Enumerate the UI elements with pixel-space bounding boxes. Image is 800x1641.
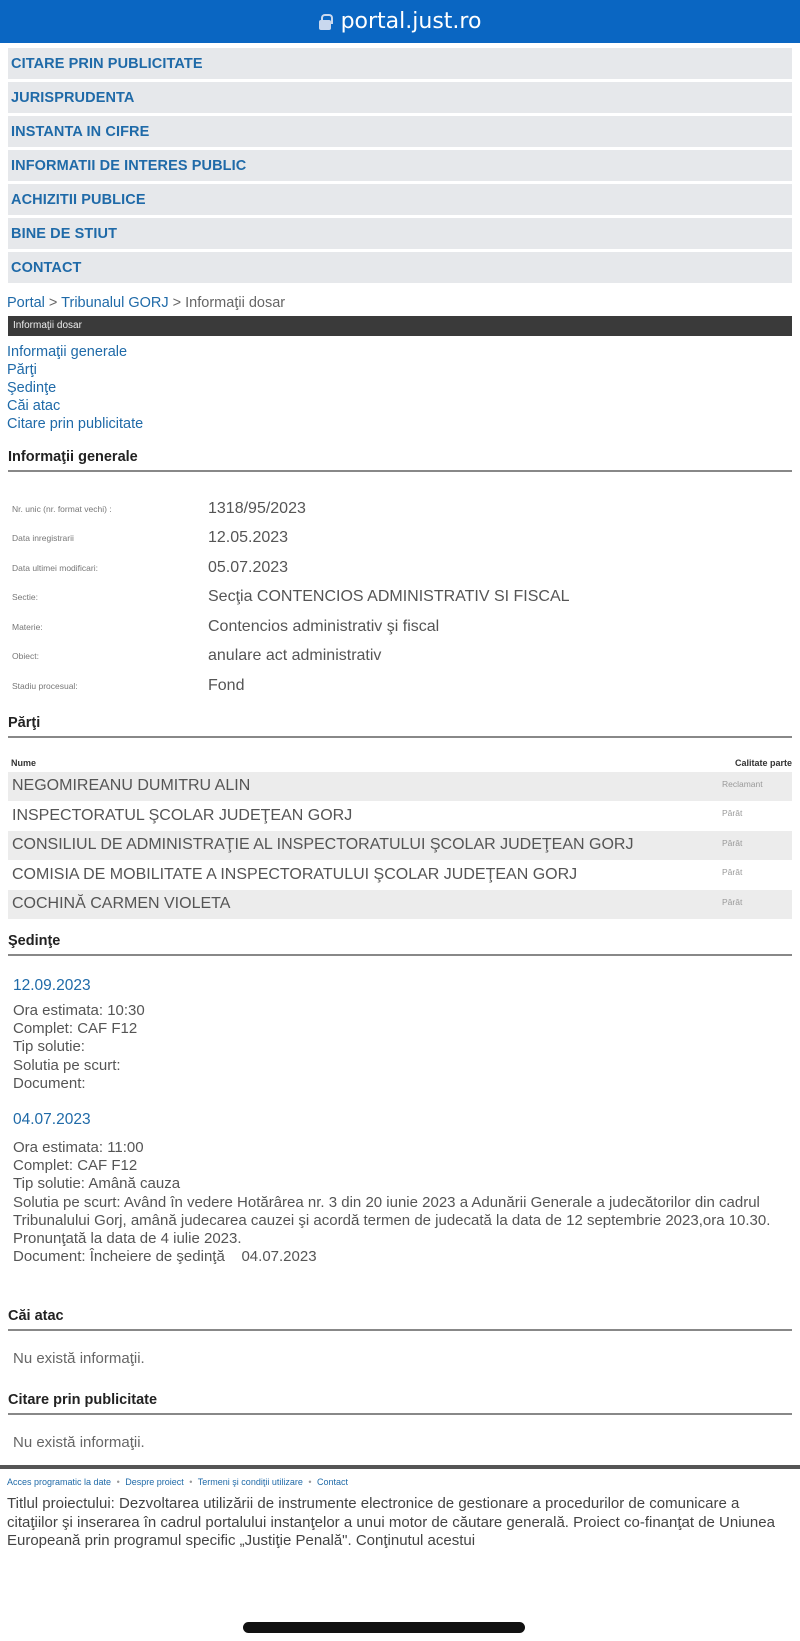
info-value: Fond — [208, 677, 244, 695]
party-name: NEGOMIREANU DUMITRU ALIN — [8, 777, 250, 795]
hearing-complet: Complet: CAF F12 — [13, 1157, 787, 1175]
column-header-nume: Nume — [8, 758, 36, 768]
info-value: anulare act administrativ — [208, 647, 381, 665]
info-value: 05.07.2023 — [208, 559, 288, 577]
nav-item-informatii-interes-public[interactable]: INFORMATII DE INTERES PUBLIC — [8, 150, 792, 181]
breadcrumb-separator: > — [173, 295, 181, 311]
footer-link-acces-programatic[interactable]: Acces programatic la date — [7, 1477, 111, 1487]
lock-icon — [319, 14, 331, 30]
anchor-sedinte[interactable]: Şedinţe — [7, 379, 793, 397]
section-anchor-links: Informaţii generale Părţi Şedinţe Căi at… — [0, 336, 800, 433]
general-info-table: Nr. unic (nr. format vechi) : 1318/95/20… — [0, 472, 800, 701]
footer-link-contact[interactable]: Contact — [317, 1477, 348, 1487]
party-name: CONSILIUL DE ADMINISTRAŢIE AL INSPECTORA… — [8, 836, 633, 854]
table-row: COMISIA DE MOBILITATE A INSPECTORATULUI … — [8, 860, 792, 890]
footer-project-text: Titlul proiectului: Dezvoltarea utilizăr… — [0, 1491, 800, 1551]
info-label: Sectie: — [0, 592, 208, 602]
party-role: Pârât — [722, 808, 792, 818]
panel-header: Informaţii dosar — [8, 316, 792, 336]
party-name: COMISIA DE MOBILITATE A INSPECTORATULUI … — [8, 866, 577, 884]
footer-separator: • — [189, 1477, 192, 1487]
anchor-cai-atac[interactable]: Căi atac — [7, 397, 793, 415]
footer-links: Acces programatic la date • Despre proie… — [0, 1469, 800, 1491]
info-row: Materie: Contencios administrativ şi fis… — [0, 612, 800, 642]
party-role: Pârât — [722, 897, 792, 907]
info-label: Stadiu procesual: — [0, 681, 208, 691]
hearing-date: 12.09.2023 — [13, 956, 787, 1002]
hearing-item: 12.09.2023 Ora estimata: 10:30 Complet: … — [13, 956, 787, 1093]
info-value: Secţia CONTENCIOS ADMINISTRATIV SI FISCA… — [208, 588, 570, 606]
nav-item-contact[interactable]: CONTACT — [8, 252, 792, 283]
table-row: NEGOMIREANU DUMITRU ALIN Reclamant — [8, 772, 792, 802]
breadcrumb: Portal > Tribunalul GORJ > Informaţii do… — [0, 286, 800, 314]
nav-item-achizitii-publice[interactable]: ACHIZITII PUBLICE — [8, 184, 792, 215]
main-nav-menu: CITARE PRIN PUBLICITATE JURISPRUDENTA IN… — [0, 43, 800, 283]
hearing-solutie: Solutia pe scurt: Având în vedere Hotărâ… — [13, 1194, 787, 1249]
breadcrumb-current: Informaţii dosar — [185, 295, 285, 311]
info-row: Data inregistrarii 12.05.2023 — [0, 524, 800, 554]
anchor-parti[interactable]: Părţi — [7, 361, 793, 379]
info-label: Data inregistrarii — [0, 533, 208, 543]
table-row: INSPECTORATUL ŞCOLAR JUDEŢEAN GORJ Pârât — [8, 801, 792, 831]
info-label: Data ultimei modificari: — [0, 563, 208, 573]
table-row: CONSILIUL DE ADMINISTRAŢIE AL INSPECTORA… — [8, 831, 792, 861]
hearing-item: 04.07.2023 Ora estimata: 11:00 Complet: … — [13, 1093, 787, 1266]
info-label: Materie: — [0, 622, 208, 632]
anchor-informatii-generale[interactable]: Informaţii generale — [7, 343, 793, 361]
footer-link-termeni[interactable]: Termeni şi condiţii utilizare — [198, 1477, 303, 1487]
section-title-parti: Părţi — [8, 715, 792, 738]
party-role: Reclamant — [722, 779, 792, 789]
footer-link-despre-proiect[interactable]: Despre proiect — [125, 1477, 184, 1487]
party-role: Pârât — [722, 867, 792, 877]
sedinte-list: 12.09.2023 Ora estimata: 10:30 Complet: … — [0, 956, 800, 1266]
table-row: COCHINĂ CARMEN VIOLETA Pârât — [8, 890, 792, 920]
breadcrumb-portal[interactable]: Portal — [7, 295, 45, 311]
info-value: Contencios administrativ şi fiscal — [208, 618, 439, 636]
cai-atac-empty: Nu există informaţii. — [0, 1350, 800, 1367]
browser-url-bar[interactable]: portal.just.ro — [0, 0, 800, 43]
party-name: INSPECTORATUL ŞCOLAR JUDEŢEAN GORJ — [8, 807, 352, 825]
hearing-solutie: Solutia pe scurt: — [13, 1057, 787, 1075]
info-row: Sectie: Secţia CONTENCIOS ADMINISTRATIV … — [0, 583, 800, 613]
section-title-cai-atac: Căi atac — [8, 1308, 792, 1331]
info-value: 1318/95/2023 — [208, 500, 306, 518]
home-indicator[interactable] — [243, 1622, 525, 1633]
hearing-document[interactable]: Document: Încheiere de şedinţă 04.07.202… — [13, 1248, 787, 1266]
hearing-date: 04.07.2023 — [13, 1093, 787, 1139]
info-label: Nr. unic (nr. format vechi) : — [0, 504, 208, 514]
hearing-complet: Complet: CAF F12 — [13, 1020, 787, 1038]
parti-table-header: Nume Calitate parte — [8, 738, 792, 772]
info-row: Obiect: anulare act administrativ — [0, 642, 800, 672]
section-title-informatii-generale: Informaţii generale — [8, 449, 792, 472]
breadcrumb-tribunal[interactable]: Tribunalul GORJ — [61, 295, 168, 311]
info-row: Data ultimei modificari: 05.07.2023 — [0, 553, 800, 583]
url-text: portal.just.ro — [341, 9, 482, 34]
footer-separator: • — [308, 1477, 311, 1487]
footer-separator: • — [117, 1477, 120, 1487]
section-title-sedinte: Şedinţe — [8, 933, 792, 956]
nav-item-citare-prin-publicitate[interactable]: CITARE PRIN PUBLICITATE — [8, 48, 792, 79]
party-role: Pârât — [722, 838, 792, 848]
hearing-ora: Ora estimata: 11:00 — [13, 1139, 787, 1157]
info-label: Obiect: — [0, 651, 208, 661]
info-row: Nr. unic (nr. format vechi) : 1318/95/20… — [0, 494, 800, 524]
column-header-calitate: Calitate parte — [735, 758, 792, 768]
info-value: 12.05.2023 — [208, 529, 288, 547]
nav-item-bine-de-stiut[interactable]: BINE DE STIUT — [8, 218, 792, 249]
anchor-citare-prin-publicitate[interactable]: Citare prin publicitate — [7, 415, 793, 433]
hearing-tip-solutie: Tip solutie: Amână cauza — [13, 1175, 787, 1193]
breadcrumb-separator: > — [49, 295, 57, 311]
nav-item-instanta-in-cifre[interactable]: INSTANTA IN CIFRE — [8, 116, 792, 147]
info-row: Stadiu procesual: Fond — [0, 671, 800, 701]
hearing-tip-solutie: Tip solutie: — [13, 1038, 787, 1056]
section-title-citare: Citare prin publicitate — [8, 1392, 792, 1415]
nav-item-jurisprudenta[interactable]: JURISPRUDENTA — [8, 82, 792, 113]
citare-empty: Nu există informaţii. — [0, 1434, 800, 1451]
hearing-document: Document: — [13, 1075, 787, 1093]
party-name: COCHINĂ CARMEN VIOLETA — [8, 895, 230, 913]
hearing-ora: Ora estimata: 10:30 — [13, 1002, 787, 1020]
